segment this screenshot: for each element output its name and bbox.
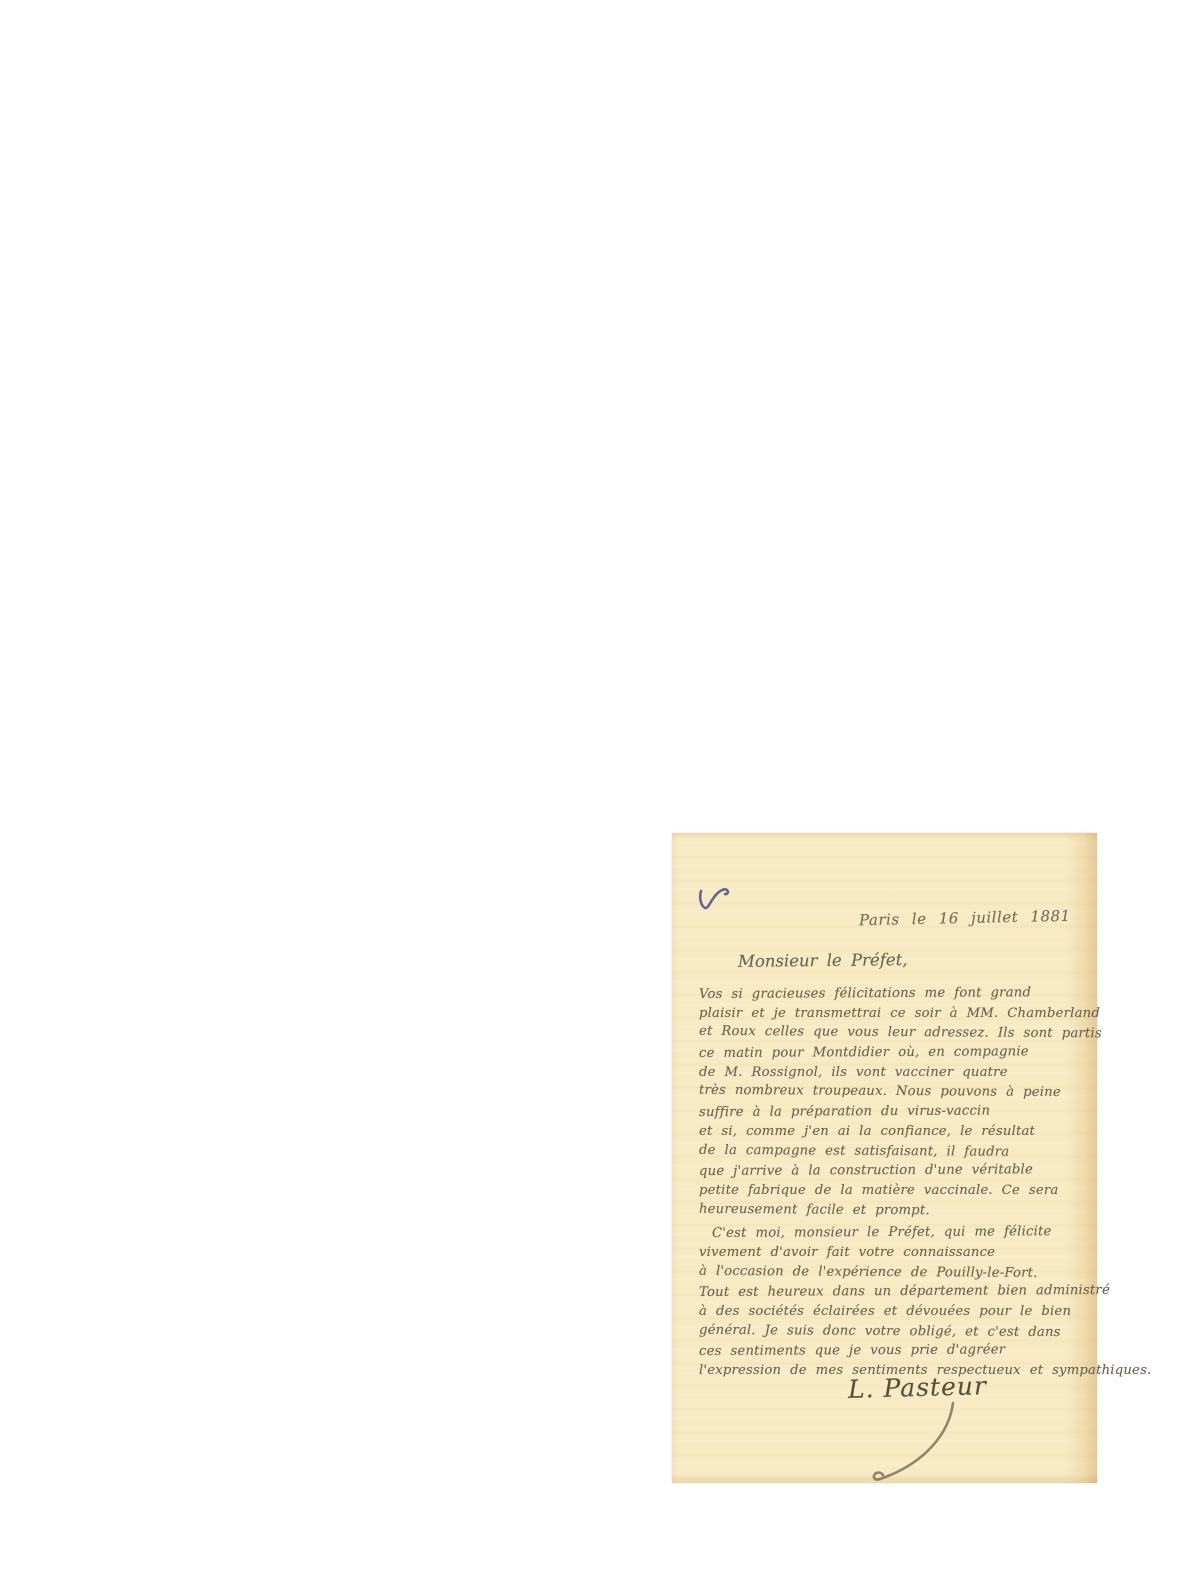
letter-paper: Paris le 16 juillet 1881 Monsieur le Pré… <box>672 833 1097 1483</box>
scan-page: Paris le 16 juillet 1881 Monsieur le Pré… <box>0 0 1196 1595</box>
signature-flourish <box>672 833 1097 1483</box>
